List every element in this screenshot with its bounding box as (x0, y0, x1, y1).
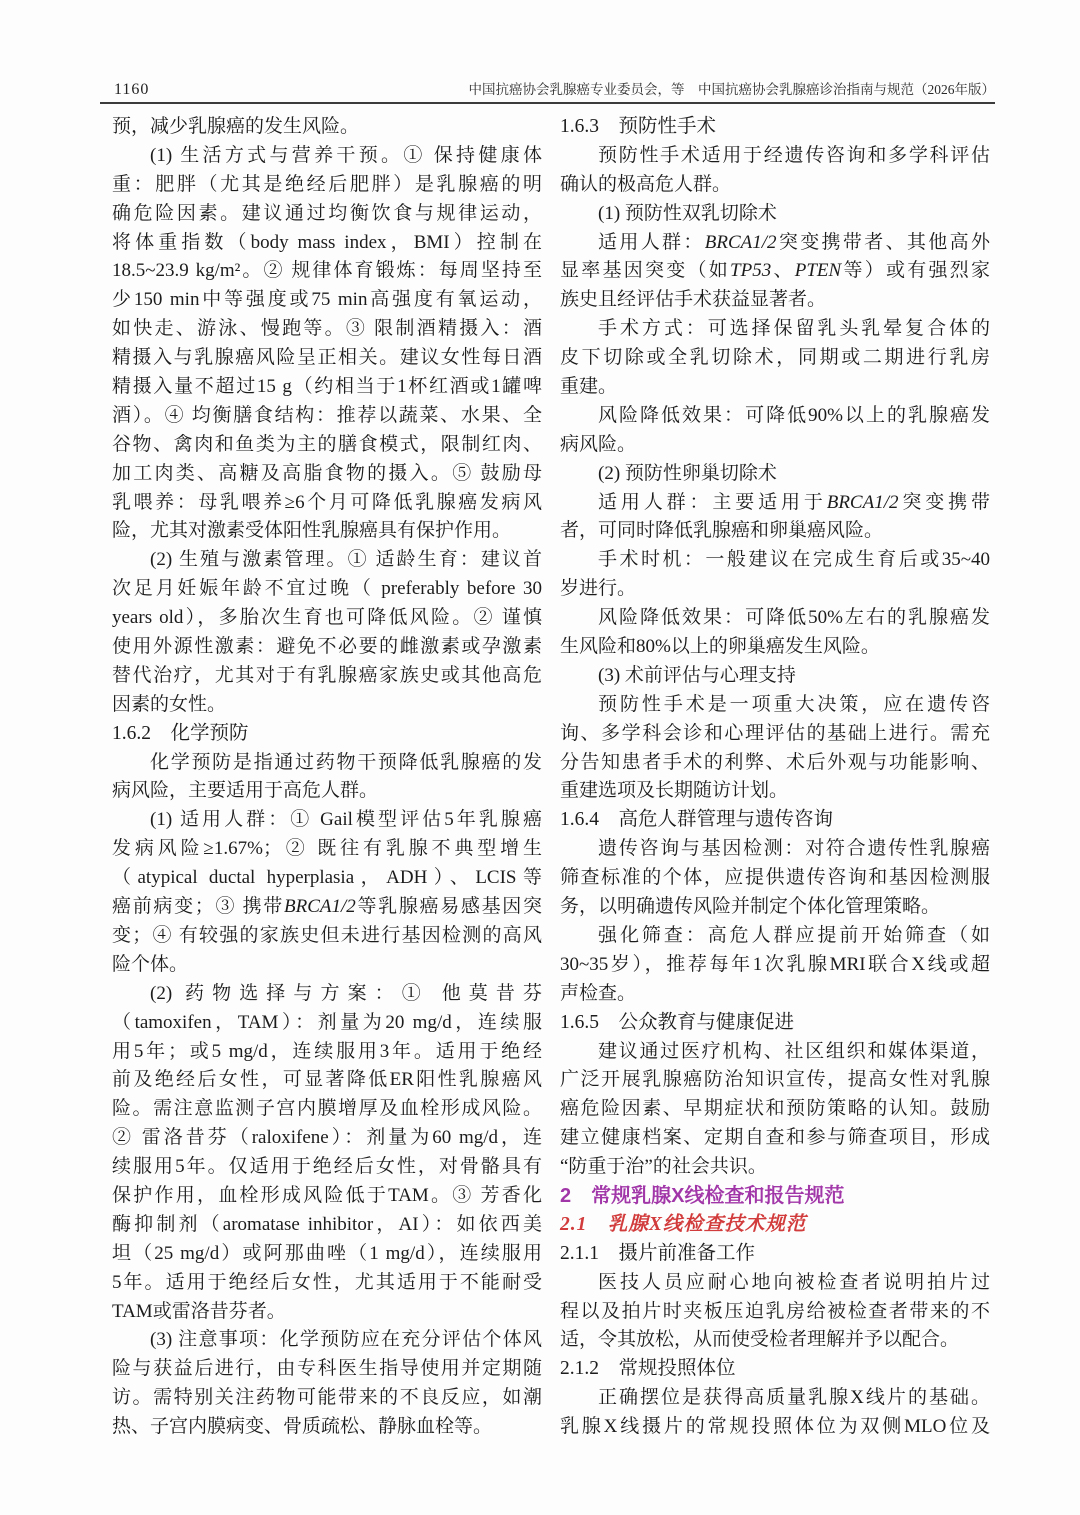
text-line: 重建。 (560, 373, 990, 402)
text-line: 乳喂养：母乳喂养≥6个月可降低乳腺癌发病风 (112, 489, 542, 518)
gene-name-italic: PTEN (795, 260, 841, 281)
text-line: 适用人群：BRCA1/2突变携带者、其他高外 (560, 229, 990, 258)
text-line: 手术方式：可选择保留乳头乳晕复合体的 (560, 315, 990, 344)
gene-name-italic: BRCA1/2 (705, 232, 777, 253)
text-line: (2) 预防性卵巢切除术 (560, 460, 990, 489)
text-line: 适用人群：主要适用于BRCA1/2突变携带 (560, 489, 990, 518)
heading-line: 1.6.5 公众教育与健康促进 (560, 1009, 990, 1038)
text-segment: 癌前病变；③ 携带 (112, 896, 284, 917)
text-line: （atypical ductal hyperplasia，ADH）、LCIS等 (112, 864, 542, 893)
text-segment: 适用人群：主要适用于 (598, 492, 827, 513)
text-line: （tamoxifen，TAM）：剂量为20 mg/d，连续服 (112, 1009, 542, 1038)
text-line: 访。需特别关注药物可能带来的不良反应，如潮 (112, 1384, 542, 1413)
text-line: 酶抑制剂（aromatase inhibitor，AI）：如依西美 (112, 1211, 542, 1240)
heading-line: 2.1.1 摄片前准备工作 (560, 1240, 990, 1269)
text-line: 精摄入量不超过15 g（约相当于1杯红酒或1罐啤 (112, 373, 542, 402)
text-line: 保护作用，血栓形成风险低于TAM。③ 芳香化 (112, 1182, 542, 1211)
text-line: (3) 术前评估与心理支持 (560, 662, 990, 691)
text-line: 广泛开展乳腺癌防治知识宣传，提高女性对乳腺 (560, 1066, 990, 1095)
text-line: 次足月妊娠年龄不宜过晚（ preferably before 30 (112, 575, 542, 604)
text-line: 变；④ 有较强的家族史但未进行基因检测的高风 (112, 922, 542, 951)
left-column: 预，减少乳腺癌的发生风险。(1) 生活方式与营养干预。① 保持健康体重：肥胖（尤… (112, 113, 542, 1442)
text-line: 病风险，主要适用于高危人群。 (112, 777, 542, 806)
text-line: 险与获益后进行，由专科医生指导使用并定期随 (112, 1355, 542, 1384)
text-line: (1) 适用人群：① Gail模型评估5年乳腺癌 (112, 806, 542, 835)
document-page: 1160 中国抗癌协会乳腺癌专业委员会，等 中国抗癌协会乳腺癌诊治指南与规范（2… (0, 0, 1080, 1515)
text-line: 强化筛查：高危人群应提前开始筛查（如 (560, 922, 990, 951)
text-line: 18.5~23.9 kg/m²。② 规律体育锻炼：每周坚持至 (112, 257, 542, 286)
text-line: 手术时机：一般建议在完成生育后或35~40 (560, 546, 990, 575)
text-line: 筛查标准的个体，应提供遗传咨询和基因检测服 (560, 864, 990, 893)
text-line: (1) 预防性双乳切除术 (560, 200, 990, 229)
text-line: TAM或雷洛昔芬者。 (112, 1298, 542, 1327)
text-line: 预防性手术适用于经遗传咨询和多学科评估 (560, 142, 990, 171)
text-line: 30~35岁），推荐每年1次乳腺MRI联合X线或超 (560, 951, 990, 980)
text-line: (3) 注意事项：化学预防应在充分评估个体风 (112, 1326, 542, 1355)
text-line: (2) 生殖与激素管理。① 适龄生育：建议首 (112, 546, 542, 575)
text-segment: 等乳腺癌易感基因突 (356, 896, 542, 917)
text-line: 岁进行。 (560, 575, 990, 604)
text-line: 风险降低效果：可降低50%左右的乳腺癌发 (560, 604, 990, 633)
text-line: 预防性手术是一项重大决策，应在遗传咨 (560, 691, 990, 720)
heading-line: 1.6.4 高危人群管理与遗传咨询 (560, 806, 990, 835)
text-line: 正确摆位是获得高质量乳腺X线片的基础。 (560, 1384, 990, 1413)
text-line: 癌危险因素、早期症状和预防策略的认知。鼓励 (560, 1095, 990, 1124)
text-line: 重：肥胖（尤其是绝经后肥胖）是乳腺癌的明 (112, 171, 542, 200)
text-line: 酒）。④ 均衡膳食结构：推荐以蔬菜、水果、全 (112, 402, 542, 431)
gene-name-italic: TP53 (730, 260, 771, 281)
text-line: 因素的女性。 (112, 691, 542, 720)
text-line: 适，令其放松，从而使受检者理解并予以配合。 (560, 1326, 990, 1355)
text-line: 询、多学科会诊和心理评估的基础上进行。需充 (560, 720, 990, 749)
text-line: ② 雷洛昔芬（raloxifene）：剂量为60 mg/d，连 (112, 1124, 542, 1153)
text-line: 建立健康档案、定期自查和参与筛查项目，形成 (560, 1124, 990, 1153)
heading-line: 2.1 乳腺X线检查技术规范 (560, 1211, 990, 1240)
text-line: 显率基因突变（如TP53、PTEN等）或有强烈家 (560, 257, 990, 286)
text-line: 癌前病变；③ 携带BRCA1/2等乳腺癌易感基因突 (112, 893, 542, 922)
text-line: 谷物、禽肉和鱼类为主的膳食模式，限制红肉、 (112, 431, 542, 460)
text-line: 建议通过医疗机构、社区组织和媒体渠道， (560, 1038, 990, 1067)
text-line: “防重于治”的社会共识。 (560, 1153, 990, 1182)
text-line: 使用外源性激素：避免不必要的雌激素或孕激素 (112, 633, 542, 662)
text-line: 加工肉类、高糖及高脂食物的摄入。⑤ 鼓励母 (112, 460, 542, 489)
heading-line: 2 常规乳腺X线检查和报告规范 (560, 1182, 990, 1211)
text-line: 确认的极高危人群。 (560, 171, 990, 200)
text-line: 前及绝经后女性，可显著降低ER阳性乳腺癌风 (112, 1066, 542, 1095)
text-line: 医技人员应耐心地向被检查者说明拍片过 (560, 1269, 990, 1298)
text-line: 者，可同时降低乳腺癌和卵巢癌风险。 (560, 517, 990, 546)
text-segment: 突变携带者、其他高外 (777, 232, 990, 253)
running-head: 中国抗癌协会乳腺癌专业委员会，等 中国抗癌协会乳腺癌诊治指南与规范（2026年版… (469, 78, 996, 98)
text-line: 替代治疗，尤其对于有乳腺癌家族史或其他高危 (112, 662, 542, 691)
text-line: 预，减少乳腺癌的发生风险。 (112, 113, 542, 142)
text-line: 少150 min中等强度或75 min高强度有氧运动， (112, 286, 542, 315)
text-line: 乳腺X线摄片的常规投照体位为双侧MLO位及 (560, 1413, 990, 1442)
text-line: 皮下切除或全乳切除术，同期或二期进行乳房 (560, 344, 990, 373)
text-columns: 预，减少乳腺癌的发生风险。(1) 生活方式与营养干预。① 保持健康体重：肥胖（尤… (112, 113, 990, 1442)
text-line: 热、子宫内膜病变、骨质疏松、静脉血栓等。 (112, 1413, 542, 1442)
text-line: 族史且经评估手术获益显著者。 (560, 286, 990, 315)
text-line: (1) 生活方式与营养干预。① 保持健康体 (112, 142, 542, 171)
text-line: 程以及拍片时夹板压迫乳房给被检查者带来的不 (560, 1298, 990, 1327)
text-segment: 显率基因突变（如 (560, 260, 730, 281)
text-line: 险。需注意监测子宫内膜增厚及血栓形成风险。 (112, 1095, 542, 1124)
text-line: 遗传咨询与基因检测：对符合遗传性乳腺癌 (560, 835, 990, 864)
gene-name-italic: BRCA1/2 (284, 896, 356, 917)
text-line: 重建选项及长期随访计划。 (560, 777, 990, 806)
text-line: 风险降低效果：可降低90%以上的乳腺癌发 (560, 402, 990, 431)
text-line: 发病风险≥1.67%；② 既往有乳腺不典型增生 (112, 835, 542, 864)
heading-line: 1.6.2 化学预防 (112, 720, 542, 749)
text-segment: 突变携带 (899, 492, 990, 513)
gene-name-italic: BRCA1/2 (827, 492, 899, 513)
text-line: 坦（25 mg/d）或阿那曲唑（1 mg/d），连续服用 (112, 1240, 542, 1269)
right-column: 1.6.3 预防性手术预防性手术适用于经遗传咨询和多学科评估确认的极高危人群。(… (560, 113, 990, 1442)
text-line: 如快走、游泳、慢跑等。③ 限制酒精摄入：酒 (112, 315, 542, 344)
text-line: 声检查。 (560, 980, 990, 1009)
page-number: 1160 (100, 81, 149, 99)
text-segment: 等）或有强烈家 (841, 260, 990, 281)
text-line: 续服用5年。仅适用于绝经后女性，对骨骼具有 (112, 1153, 542, 1182)
text-segment: 、 (771, 260, 795, 281)
text-line: 用5年；或5 mg/d，连续服用3年。适用于绝经 (112, 1038, 542, 1067)
text-line: 险，尤其对激素受体阳性乳腺癌具有保护作用。 (112, 517, 542, 546)
text-line: 病风险。 (560, 431, 990, 460)
header-rule (100, 102, 995, 104)
text-line: (2) 药物选择与方案：① 他莫昔芬 (112, 980, 542, 1009)
text-line: 将体重指数（body mass index，BMI）控制在 (112, 229, 542, 258)
text-segment: 适用人群： (598, 232, 705, 253)
page-header: 1160 中国抗癌协会乳腺癌专业委员会，等 中国抗癌协会乳腺癌诊治指南与规范（2… (100, 78, 995, 99)
text-line: 化学预防是指通过药物干预降低乳腺癌的发 (112, 749, 542, 778)
text-line: 务，以明确遗传风险并制定个体化管理策略。 (560, 893, 990, 922)
text-line: 确危险因素。建议通过均衡饮食与规律运动， (112, 200, 542, 229)
heading-line: 1.6.3 预防性手术 (560, 113, 990, 142)
heading-line: 2.1.2 常规投照体位 (560, 1355, 990, 1384)
text-line: 险个体。 (112, 951, 542, 980)
text-line: years old），多胎次生育也可降低风险。② 谨慎 (112, 604, 542, 633)
text-line: 精摄入与乳腺癌风险呈正相关。建议女性每日酒 (112, 344, 542, 373)
text-line: 分告知患者手术的利弊、术后外观与功能影响、 (560, 749, 990, 778)
text-line: 生风险和80%以上的卵巢癌发生风险。 (560, 633, 990, 662)
text-line: 5年。适用于绝经后女性，尤其适用于不能耐受 (112, 1269, 542, 1298)
